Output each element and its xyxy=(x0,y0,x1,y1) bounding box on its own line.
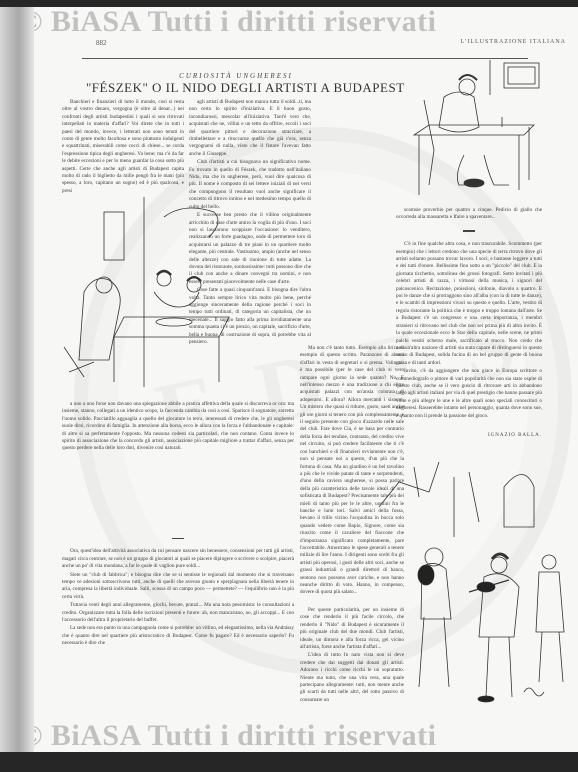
signature-block: IGNAZIO BALLA. xyxy=(396,432,542,442)
paragraph: C'è in fine qualche altra cosa, e non tr… xyxy=(396,241,542,367)
text-column-1c: Ora, quest'idea dell'attività associativ… xyxy=(62,529,294,711)
illustration-dancing-and-violinist xyxy=(374,447,578,727)
paragraph: agli artisti di Budapest non manca tutto… xyxy=(189,99,311,158)
page-header: 882 L'ILLUSTRAZIONE ITALIANA xyxy=(96,39,566,53)
watermark-top: © BiASA Tutti i diritti riservati xyxy=(34,7,436,39)
section-divider xyxy=(396,228,542,235)
paragraph: La sede non era punto in una campagnola … xyxy=(62,625,294,647)
section-divider xyxy=(62,535,294,542)
author-signature: IGNAZIO BALLA. xyxy=(396,432,542,439)
paragraph: Tuttavia venti degli anni allegramente, … xyxy=(62,602,294,624)
article-kicker: CURIOSITÀ UNGHERESI xyxy=(146,72,326,80)
paragraph: a uno a uno forse non davano una spiegaz… xyxy=(62,401,294,453)
scan-bottom-border xyxy=(0,752,578,772)
paragraph: Ora, quest'idea dell'attività associativ… xyxy=(62,548,294,570)
scan-top-border xyxy=(0,0,578,7)
page-number: 882 xyxy=(96,39,107,47)
watermark-bottom: © BiASA Tutti i diritti riservati xyxy=(34,719,436,752)
illustration-man-writing-at-desk xyxy=(404,55,574,205)
text-column-3: scomsie proverbio per quattro a cinque. … xyxy=(396,207,542,437)
paragraph: Invito, c'è da aggiungere che non giace … xyxy=(396,368,542,420)
text-column-1b: a uno a uno forse non davano una spiegaz… xyxy=(62,401,294,533)
article-title: "FÉSZEK" O IL NIDO DEGLI ARTISTI A BUDAP… xyxy=(86,80,406,96)
running-title: L'ILLUSTRAZIONE ITALIANA xyxy=(461,39,566,45)
paragraph: Siete un "club di fabbrica"; e bisogna d… xyxy=(62,572,294,602)
paragraph: Banchieri e finanzieri di tutto il mondo… xyxy=(62,99,184,195)
book-spine xyxy=(0,7,34,752)
magazine-page: E D E S © BiASA Tutti i diritti riservat… xyxy=(34,7,578,752)
paragraph: scomsie proverbio per quattro a cinque. … xyxy=(396,207,542,222)
illustration-artists-at-club-table xyxy=(54,197,244,397)
text-column-1a: Banchieri e finanzieri di tutto il mondo… xyxy=(62,99,184,207)
